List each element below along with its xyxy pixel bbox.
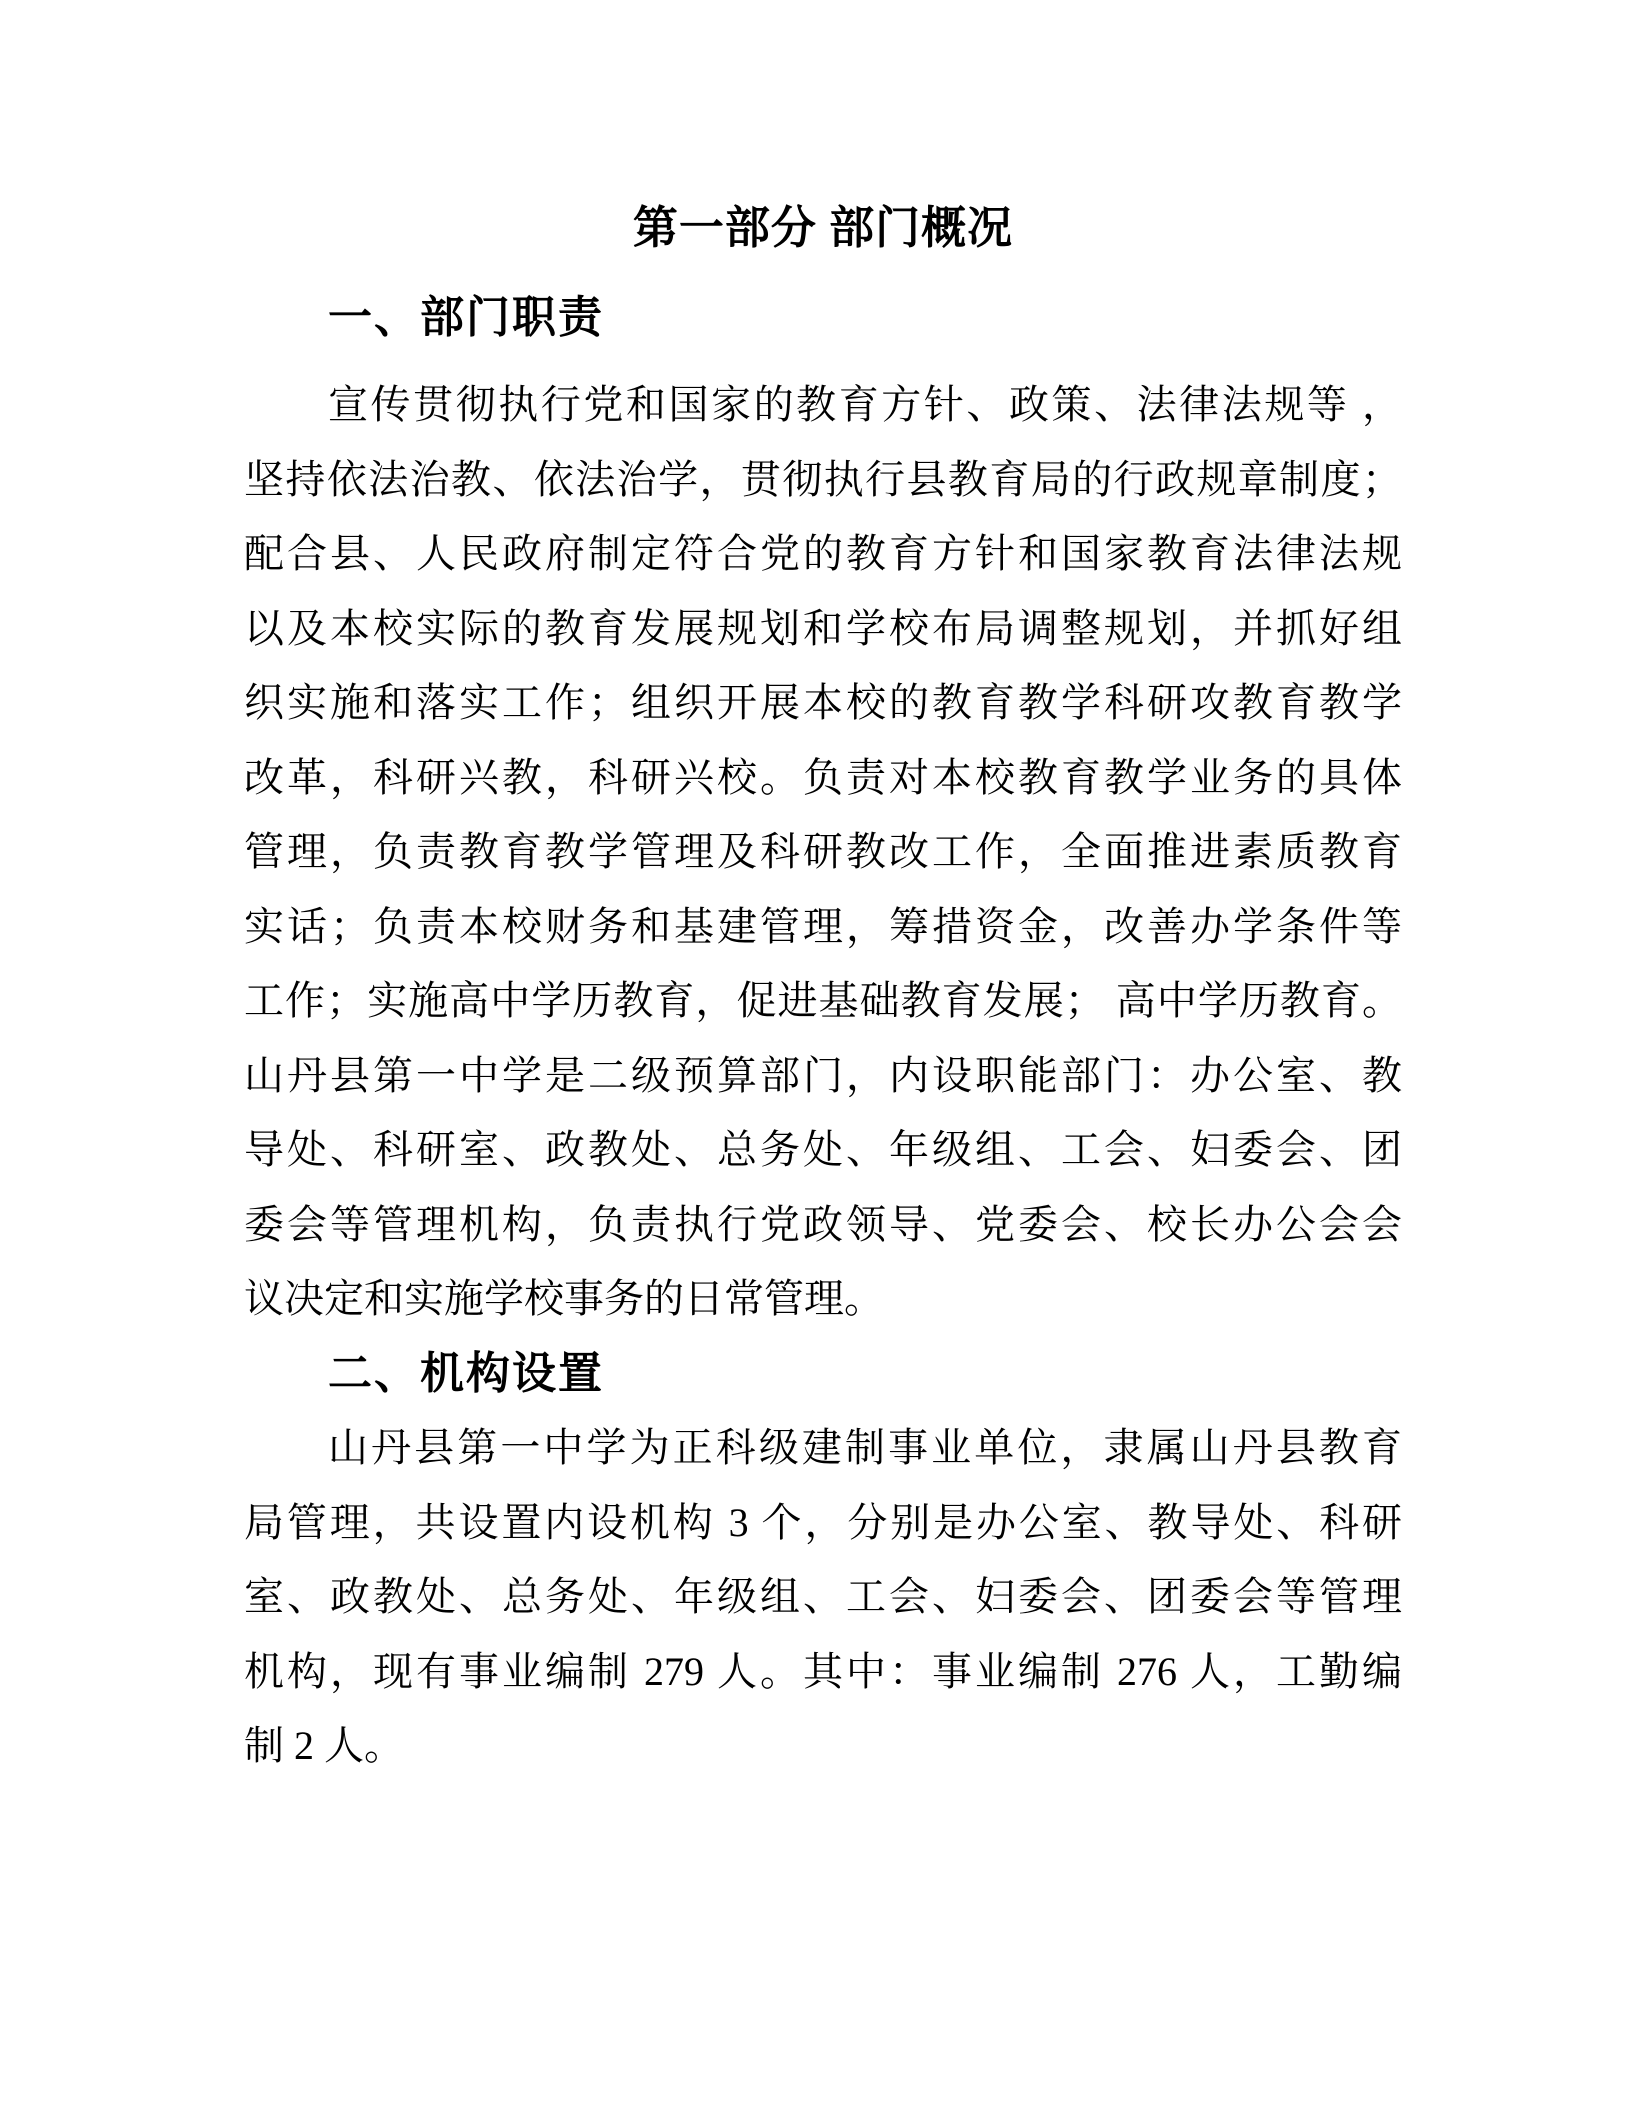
text-line: 宣传贯彻执行党和国家的教育方针、政策、法律法规等 ， [244, 368, 1402, 443]
text-line: 以及本校实际的教育发展规划和学校布局调整规划，并抓好组 [244, 592, 1402, 667]
text-line: 机构，现有事业编制 279 人。其中：事业编制 276 人，工勤编 [244, 1635, 1402, 1710]
text-line: 实话；负责本校财务和基建管理，筹措资金，改善办学条件等 [244, 890, 1402, 965]
text-line: 管理，负责教育教学管理及科研教改工作，全面推进素质教育 [244, 815, 1402, 890]
text-line: 织实施和落实工作；组织开展本校的教育教学科研攻教育教学 [244, 666, 1402, 741]
section-heading-organization-setup: 二、机构设置 [244, 1337, 1402, 1412]
page-content: 第一部分 部门概况 一、部门职责 宣传贯彻执行党和国家的教育方针、政策、法律法规… [244, 191, 1402, 1784]
document-page: { "document": { "title": "第一部分 部门概况", "t… [0, 0, 1632, 2112]
text-line: 改革，科研兴教，科研兴校。负责对本校教育教学业务的具体 [244, 741, 1402, 816]
text-line: 局管理，共设置内设机构 3 个，分别是办公室、教导处、科研 [244, 1486, 1402, 1561]
paragraph-organization-setup: 山丹县第一中学为正科级建制事业单位，隶属山丹县教育局管理，共设置内设机构 3 个… [244, 1411, 1402, 1784]
text-line: 坚持依法治教、依法治学，贯彻执行县教育局的行政规章制度； [244, 443, 1402, 518]
text-line: 山丹县第一中学是二级预算部门，内设职能部门：办公室、教 [244, 1039, 1402, 1114]
text-line: 配合县、人民政府制定符合党的教育方针和国家教育法律法规 [244, 517, 1402, 592]
text-line: 委会等管理机构，负责执行党政领导、党委会、校长办公会会 [244, 1188, 1402, 1263]
text-line: 室、政教处、总务处、年级组、工会、妇委会、团委会等管理 [244, 1560, 1402, 1635]
text-line: 制 2 人。 [244, 1709, 1402, 1784]
text-line: 导处、科研室、政教处、总务处、年级组、工会、妇委会、团 [244, 1113, 1402, 1188]
text-line: 山丹县第一中学为正科级建制事业单位，隶属山丹县教育 [244, 1411, 1402, 1486]
text-line: 工作；实施高中学历教育，促进基础教育发展； 高中学历教育。 [244, 964, 1402, 1039]
section-heading-department-duties: 一、部门职责 [244, 281, 1402, 356]
text-line: 议决定和实施学校事务的日常管理。 [244, 1262, 1402, 1337]
document-title: 第一部分 部门概况 [244, 191, 1402, 266]
paragraph-department-duties: 宣传贯彻执行党和国家的教育方针、政策、法律法规等 ，坚持依法治教、依法治学，贯彻… [244, 368, 1402, 1337]
